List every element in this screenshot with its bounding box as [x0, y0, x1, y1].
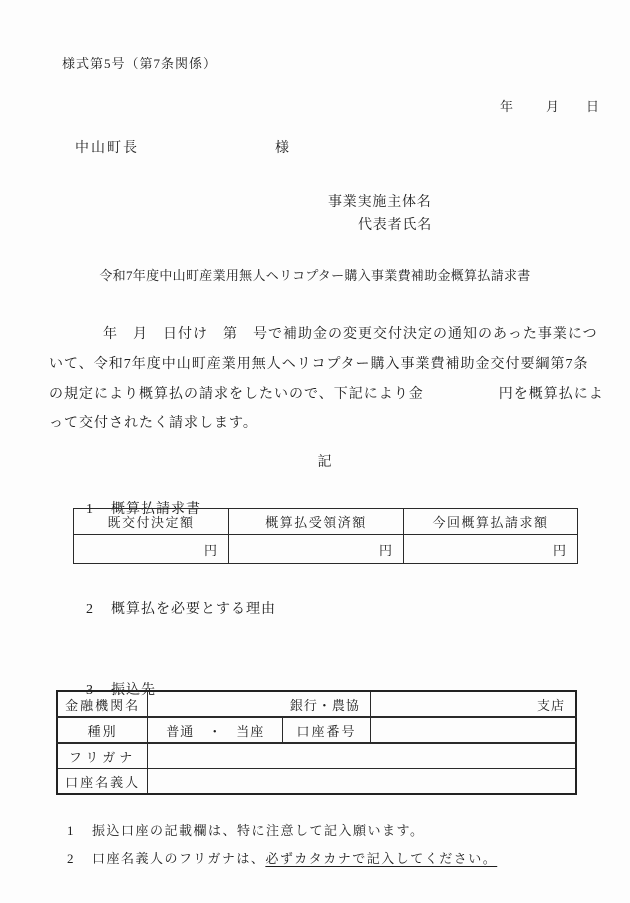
body-line-4: って交付されたく請求します。 [49, 416, 258, 432]
bank-row-account-type: 種別 普通 ・ 当座 口座番号 [57, 717, 576, 743]
account-type-label: 種別 [57, 717, 148, 743]
bank-row-account-holder: 口座名義人 [57, 769, 576, 795]
record-marker: 記 [49, 455, 600, 471]
body-line-2: いて、令和7年度中山町産業用無人ヘリコプター購入事業費補助金交付要綱第7条 [49, 357, 588, 373]
applicant-entity-label: 事業実施主体名 [328, 195, 432, 211]
document-title: 令和7年度中山町産業用無人ヘリコプター購入事業費補助金概算払請求書 [0, 269, 630, 284]
year-label: 年 [500, 99, 513, 114]
yen-unit: 円 [379, 543, 392, 558]
payment-table-header-row: 既交付決定額 概算払受領済額 今回概算払請求額 [74, 509, 578, 535]
account-number-label: 口座番号 [283, 717, 371, 743]
institution-label: 金融機関名 [57, 691, 148, 717]
furigana-field[interactable] [148, 743, 576, 769]
section-2-heading: 2概算払を必要とする理由 [68, 586, 276, 634]
header-requested-amount: 今回概算払請求額 [404, 509, 578, 535]
bank-name-field[interactable]: 銀行・農協 [148, 691, 371, 717]
date-line: 年月日 [487, 85, 599, 130]
account-holder-field[interactable] [148, 769, 576, 795]
applicant-representative-label: 代表者氏名 [358, 218, 432, 234]
account-number-field[interactable] [370, 717, 576, 743]
bank-row-furigana: フリガナ [57, 743, 576, 769]
header-decided-amount: 既交付決定額 [74, 509, 229, 535]
note-2-number: 2 [67, 852, 75, 867]
section-2-number: 2 [86, 602, 94, 618]
decided-amount-field[interactable]: 円 [74, 535, 229, 564]
addressee-honorific: 様 [275, 141, 290, 157]
section-2-label: 概算払を必要とする理由 [111, 602, 276, 617]
day-label: 日 [586, 99, 599, 114]
note-2-text-underlined: 必ずカタカナで記入してください。 [265, 851, 497, 866]
body-line-1: 年 月 日付け 第 号で補助金の変更交付決定の通知のあった事業につ [103, 327, 598, 343]
yen-unit: 円 [553, 543, 566, 558]
month-label: 月 [546, 99, 559, 114]
yen-unit: 円 [204, 543, 217, 558]
account-holder-label: 口座名義人 [57, 769, 148, 795]
branch-name-field[interactable]: 支店 [370, 691, 576, 717]
furigana-label: フリガナ [57, 743, 148, 769]
subsidy-request-form-page: 様式第5号（第7条関係） 年月日 中山町長 様 事業実施主体名 代表者氏名 令和… [0, 0, 630, 903]
note-2-text-prefix: 口座名義人のフリガナは、 [92, 851, 265, 866]
account-type-options[interactable]: 普通 ・ 当座 [148, 717, 283, 743]
body-line-3: の規定により概算払の請求をしたいので、下記により金 円を概算払によ [49, 387, 604, 403]
addressee-name: 中山町長 [75, 141, 139, 157]
advance-payment-table: 既交付決定額 概算払受領済額 今回概算払請求額 円 円 円 [73, 508, 578, 564]
received-amount-field[interactable]: 円 [229, 535, 404, 564]
bank-row-institution: 金融機関名 銀行・農協 支店 [57, 691, 576, 717]
payment-table-value-row: 円 円 円 [74, 535, 578, 564]
header-received-amount: 概算払受領済額 [229, 509, 404, 535]
note-1-text: 振込口座の記載欄は、特に注意して記入願います。 [92, 823, 424, 838]
bank-suffix-label: 銀行・農協 [290, 698, 360, 713]
branch-suffix-label: 支店 [537, 698, 565, 713]
requested-amount-field[interactable]: 円 [404, 535, 578, 564]
form-number: 様式第5号（第7条関係） [62, 57, 217, 72]
bank-transfer-table: 金融機関名 銀行・農協 支店 種別 普通 ・ 当座 口座番号 フリガナ 口座名義… [56, 690, 577, 795]
note-2: 2口座名義人のフリガナは、必ずカタカナで記入してください。 [48, 837, 497, 882]
